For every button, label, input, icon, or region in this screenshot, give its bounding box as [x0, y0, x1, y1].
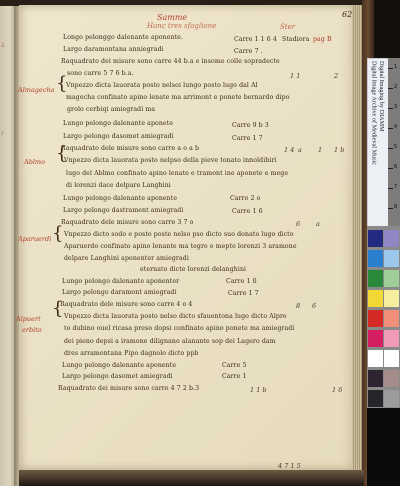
header-rubric: Samme — [157, 13, 187, 22]
margin-number: 6 — [296, 220, 300, 228]
margin-fragment: ā — [1, 42, 5, 49]
text-line: Largo pelongo dastrament amiegradi — [63, 207, 183, 214]
color-swatch — [368, 390, 383, 407]
color-swatch — [368, 330, 383, 347]
sum-entry: Carre 1 1 6 4 — [234, 36, 277, 43]
sum-entry: Carre 1 7 — [228, 290, 259, 297]
color-swatch — [368, 270, 383, 287]
margin-number: 2 — [334, 72, 338, 80]
text-line: Longo pelonggo dalenante aponente. — [63, 34, 183, 41]
color-swatch — [368, 250, 383, 267]
text-line: Lungo pelongo dalenante aponenter — [62, 278, 179, 285]
sum-entry-extra: Stadiora — [282, 36, 310, 43]
sum-entry: Carre 5 — [222, 362, 247, 369]
text-line: to dubino ouel ricasa preso dopsi confin… — [64, 325, 294, 332]
ruler-tick-label: 1 — [394, 64, 397, 70]
text-line: Lungo pelongo dalenante aponente — [63, 195, 177, 202]
diamm-label-line1: Digital Imaging by DIAMM — [378, 61, 385, 132]
side-rubric: Aparuerdi — [18, 235, 51, 243]
text-line: Largo daramontana anniegradi — [63, 46, 164, 53]
ruler-tick-label: 7 — [394, 184, 397, 190]
color-swatch — [384, 310, 399, 327]
text-line: Largo pelongo dasomet amiegradi — [63, 133, 174, 140]
text-line: Raquadrato dele misure sono carre 3 7 o — [61, 219, 193, 226]
color-swatch — [384, 230, 399, 247]
text-line: dres arramontana Pipo dagnolo dicto ppb — [64, 350, 199, 357]
bottom-edge — [19, 470, 364, 486]
text-line: grolo cerbiqi amiegradi ma — [67, 106, 155, 113]
margin-number: a — [316, 220, 320, 228]
ruler-tick-label: 5 — [394, 144, 397, 150]
text-line: delpare Langhini aponenter amiegradi — [64, 255, 189, 262]
text-line: Vnpezzo dicta lauorata posto nelsoi lung… — [66, 82, 258, 89]
header-right-rubric: Ster — [280, 23, 295, 31]
margin-number: 1 — [318, 146, 322, 154]
ruler-tick-label: 2 — [394, 84, 397, 90]
folio-number: 62 — [342, 10, 352, 19]
text-line: lugo del Ablmo confinato apino lenate e … — [66, 170, 288, 177]
margin-number: 1 4 — [284, 146, 294, 154]
text-line: eternato dicte lorenzi delanghini — [140, 266, 246, 273]
margin-number: 4 7 1 5 — [278, 462, 301, 470]
text-line: Lungo pelongo dalenante aponete — [63, 120, 173, 127]
color-swatch — [368, 230, 383, 247]
sum-entry: Carre 2 o — [230, 195, 261, 202]
text-line: Raquadrato dele misure sono carre a o a … — [61, 145, 199, 152]
text-line: Vnpezzo dicta lauorata posto nelpso dell… — [64, 157, 277, 164]
color-swatch — [384, 270, 399, 287]
text-line: dei pieno depsi a iramone dilignano alan… — [64, 338, 276, 345]
sum-entry: Carre 1 — [222, 373, 247, 380]
color-swatch — [368, 310, 383, 327]
header-rubric-line2: Hanc tres sfaglione — [147, 22, 216, 30]
diamm-label: Digital Imaging by DIAMM Digital Image A… — [367, 58, 389, 228]
diamm-label-line2: Digital Image Archive of Medieval Music — [371, 61, 378, 165]
sum-entry: Carre 1 6 — [232, 208, 263, 215]
sum-entry-rubric: pag B — [313, 36, 332, 43]
side-rubric: Ablmo — [24, 158, 45, 166]
side-rubric: erbito — [22, 326, 42, 334]
margin-number: 8 — [296, 302, 300, 310]
color-swatch — [368, 350, 383, 367]
color-swatch — [384, 350, 399, 367]
text-line: di lorenzi dace delpare Langhini — [66, 182, 171, 189]
text-line: Vnpezzo dicta lauorata posto nelso dicto… — [64, 313, 287, 320]
text-line: sono carre 5 7 6 b.a. — [67, 70, 134, 77]
margin-number: 1 b — [334, 146, 344, 154]
sum-entry: Carre 1 7 — [232, 135, 263, 142]
margin-number: a — [298, 146, 302, 154]
ruler-tick-label: 3 — [394, 104, 397, 110]
color-swatch — [384, 290, 399, 307]
color-swatch — [368, 370, 383, 387]
margin-number: 1 1 — [290, 72, 300, 80]
text-line: Raquadrato dele misure sono carre 4 o 4 — [60, 301, 192, 308]
text-line: Largo pelongo dasomet amiegradi — [62, 373, 173, 380]
background — [367, 408, 400, 486]
text-line: Largo pelongo daramont amiegradi — [62, 289, 177, 296]
ruler-tick-label: 8 — [394, 204, 397, 210]
side-rubric: Almagecha — [18, 86, 55, 94]
side-rubric: Alpuert — [16, 315, 41, 323]
margin-fragment: r — [1, 130, 4, 137]
ruler-tick-label: 4 — [394, 124, 397, 130]
margin-number: 6 — [312, 302, 316, 310]
color-swatch — [384, 370, 399, 387]
text-line: Vnpezzo dicto sodo e posto poste nelso p… — [64, 231, 294, 238]
color-swatch — [368, 290, 383, 307]
ruler-tick-label: 6 — [394, 164, 397, 170]
margin-number: 1 1 b — [250, 386, 267, 394]
brace-mark: { — [52, 225, 63, 243]
sum-entry: Carre 1 0 — [226, 278, 257, 285]
sum-entry: Carre 9 b 3 — [232, 122, 269, 129]
sum-entry: Carre 7 . — [234, 48, 263, 55]
color-swatches — [367, 226, 400, 408]
color-swatch — [384, 390, 399, 407]
calibration-strip: Digital Imaging by DIAMM Digital Image A… — [367, 58, 400, 408]
text-line: Raquadrato dei misure sono carre 44 b.a … — [61, 58, 280, 65]
color-swatch — [384, 330, 399, 347]
text-line: Lungo pelongo dalenante aponente — [62, 362, 176, 369]
ruler: 1 2 3 4 5 6 7 8 — [388, 58, 400, 226]
text-line: Aparuerdo confinato apino lenante ma teg… — [64, 243, 297, 250]
text-line: magecha confinato apino lenate ma arrimo… — [66, 94, 290, 101]
color-swatch — [384, 250, 399, 267]
margin-number: 1 6 — [332, 386, 342, 394]
text-line: Raquadrato dei misure sono carre 4 7 2 b… — [58, 385, 199, 392]
